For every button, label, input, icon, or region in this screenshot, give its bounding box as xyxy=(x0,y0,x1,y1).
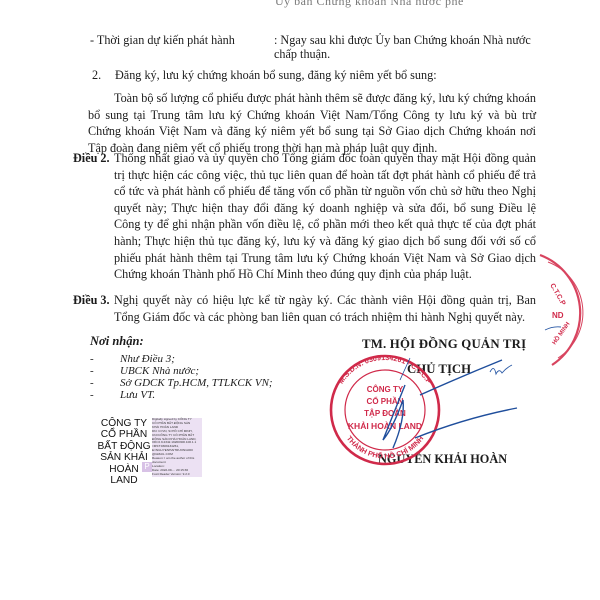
signer-name: NGUYỄN KHẢI HOÀN xyxy=(378,452,507,467)
svg-text:CÔNG TY: CÔNG TY xyxy=(367,385,404,394)
digital-signature-details[interactable]: Digitally signed by CÔNG TYCỔ PHẦN BẤT Đ… xyxy=(152,418,202,477)
svg-text:KHẢI HOÀN LAND: KHẢI HOÀN LAND xyxy=(348,420,422,431)
issue-time-label: - Thời gian dự kiến phát hành xyxy=(90,33,235,48)
svg-text:HỒ MINH: HỒ MINH xyxy=(551,321,572,346)
edge-stamp-partial: C.T.C.P ND HỒ MINH xyxy=(540,255,583,365)
recipient-item: -Lưu VT. xyxy=(90,389,155,401)
recipients-title: Nơi nhận: xyxy=(90,334,144,349)
digital-signature-company[interactable]: CÔNG TYCỔ PHẦNBẤT ĐỘNGSẢN KHẢIHOÀNLAND xyxy=(97,418,151,486)
item2-body: Toàn bộ số lượng cổ phiếu được phát hành… xyxy=(88,90,536,156)
recipient-item: -UBCK Nhà nước; xyxy=(90,365,199,377)
svg-text:CỔ PHẦN: CỔ PHẦN xyxy=(367,396,404,406)
recipient-item: -Sở GDCK Tp.HCM, TTLKCK VN; xyxy=(90,377,273,389)
cropped-previous-line: Ủy ban Chứng khoán Nhà nước phê xyxy=(275,0,464,9)
item2-number: 2. xyxy=(92,68,115,83)
recipient-item: -Như Điều 3; xyxy=(90,353,175,365)
svg-text:ND: ND xyxy=(552,311,564,320)
signature-position: CHỦ TỊCH xyxy=(407,362,471,377)
item2-heading-text: Đăng ký, lưu ký chứng khoán bổ sung, đăn… xyxy=(115,68,437,82)
article-2-text: Thống nhất giao và ủy quyền cho Tổng giá… xyxy=(114,150,536,283)
article-3-text: Nghị quyết này có hiệu lực kể từ ngày ký… xyxy=(114,292,536,325)
article-2-label: Điều 2. xyxy=(73,150,110,167)
item2-heading: 2.Đăng ký, lưu ký chứng khoán bổ sung, đ… xyxy=(92,68,437,83)
issue-time-value: : Ngay sau khi được Ủy ban Chứng khoán N… xyxy=(274,33,536,61)
document-page: Ủy ban Chứng khoán Nhà nước phê - Thời g… xyxy=(0,0,600,600)
article-3-label: Điều 3. xyxy=(73,292,110,309)
svg-text:C.T.C.P: C.T.C.P xyxy=(548,283,566,308)
svg-text:TẬP ĐOÀN: TẬP ĐOÀN xyxy=(364,409,406,418)
pdf-logo-icon: P xyxy=(142,462,152,472)
signature-board-title: TM. HỘI ĐỒNG QUẢN TRỊ xyxy=(362,337,526,352)
